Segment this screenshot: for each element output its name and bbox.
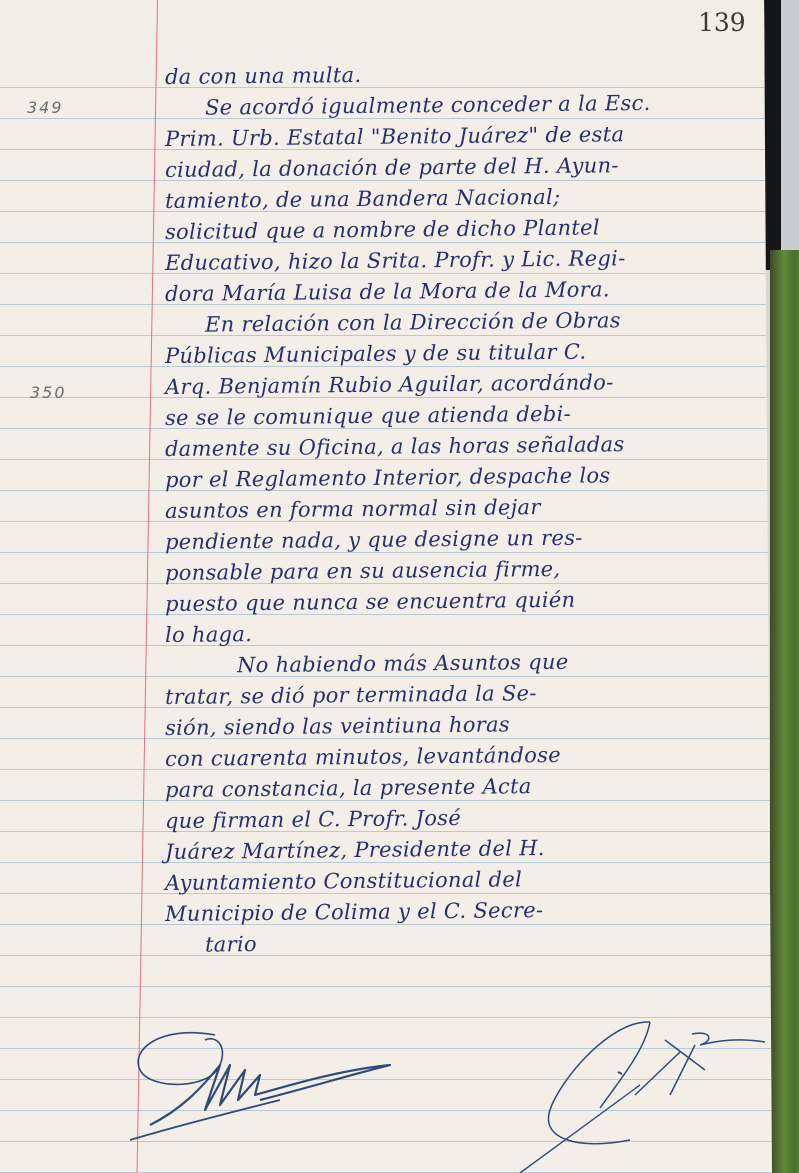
page-number: 139 (698, 8, 746, 37)
background (780, 0, 799, 260)
ledger-photo: 139 349 350 da con una multa. Se acordó … (0, 0, 799, 1173)
signature-area (0, 1000, 799, 1173)
book-binding (764, 0, 781, 270)
handwritten-minutes: da con una multa. Se acordó igualmente c… (165, 62, 763, 961)
entry-number: 350 (30, 383, 67, 402)
text-line: tario (165, 924, 763, 961)
entry-number: 349 (27, 98, 64, 117)
